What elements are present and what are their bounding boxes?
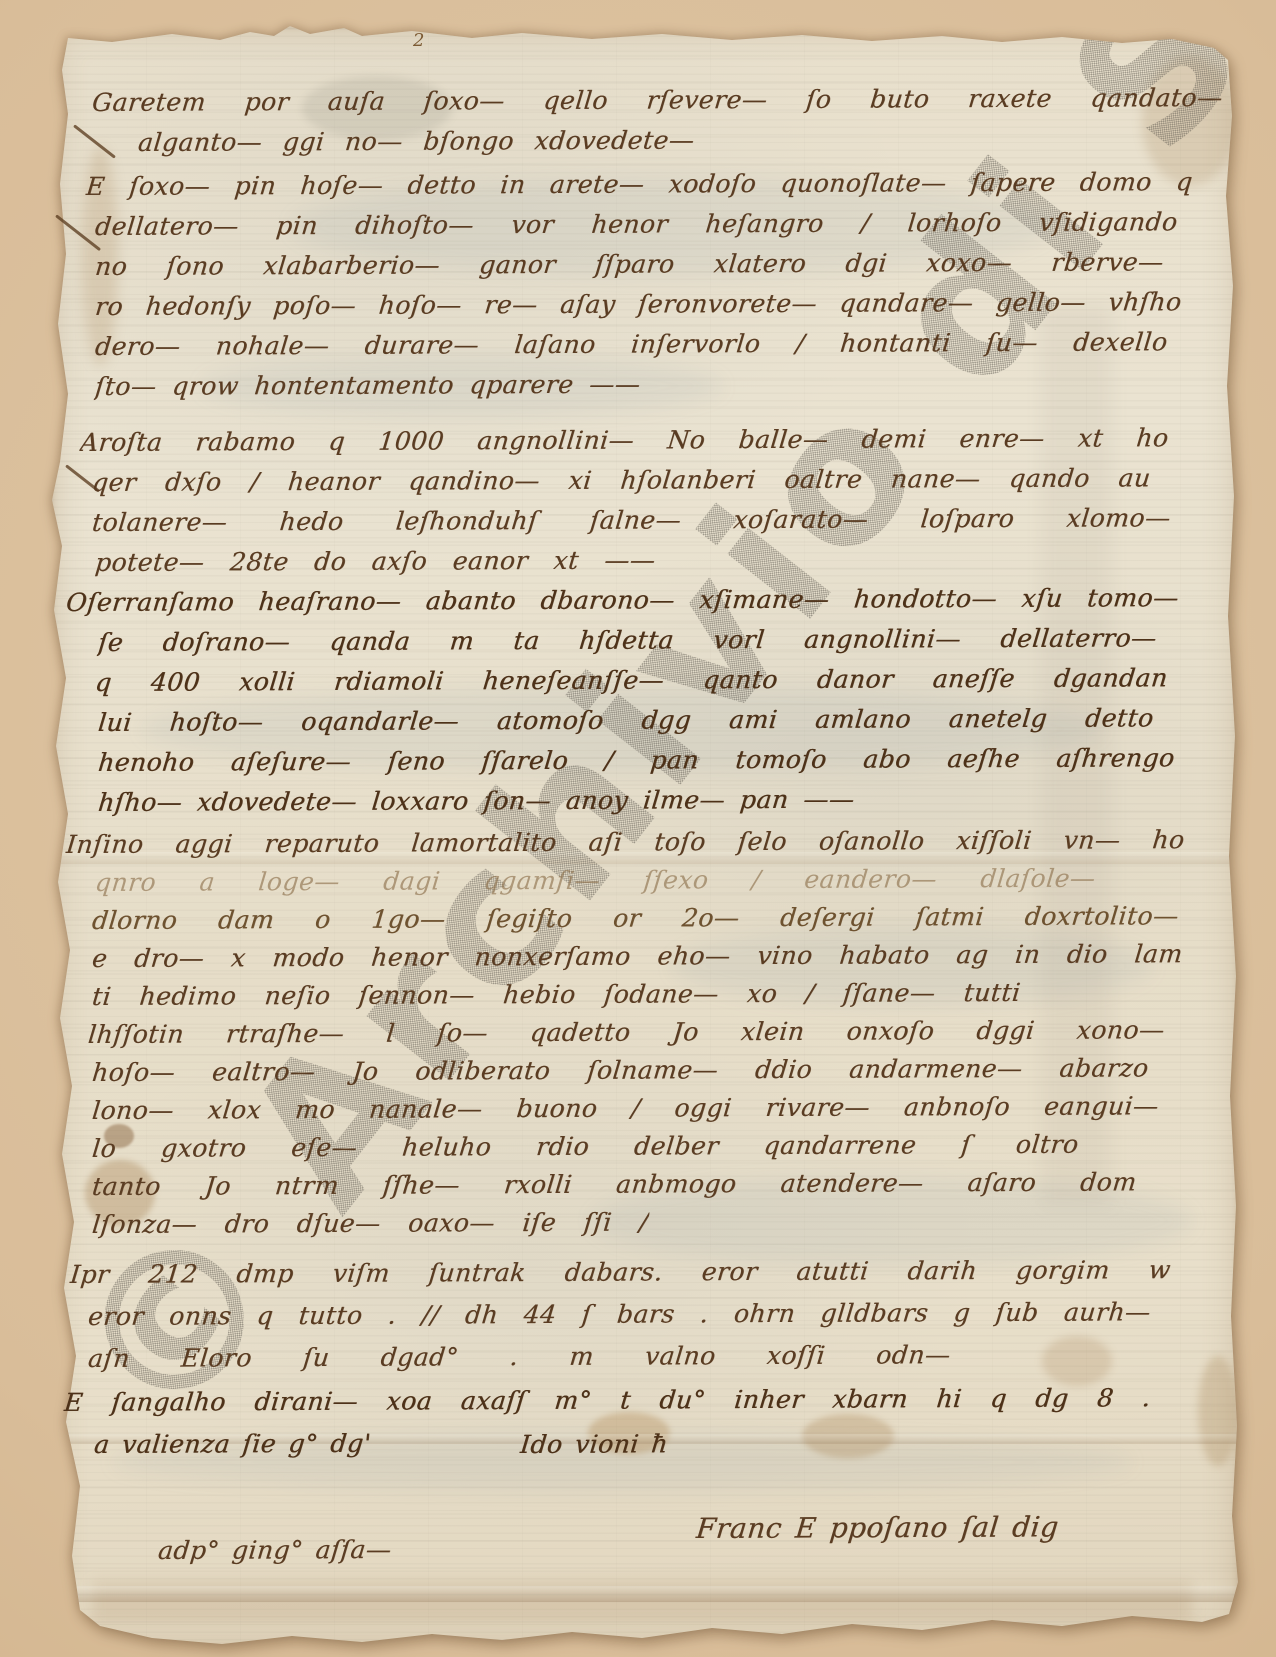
manuscript-line: lhſſotin rtraſhe— l ſo— qadetto Jo xlein… <box>86 1013 1166 1055</box>
manuscript-line: ſe doſrano— qanda m ta hſdetta vorl angn… <box>96 621 1158 663</box>
manuscript-dateline: adp° ging° aſſa— <box>156 1533 480 1571</box>
manuscript-line: hoſo— ealtro— Jo odliberato ſolname— ddi… <box>90 1051 1150 1093</box>
scan-background: © Archivio di Stato di Prato 2 Garetem p… <box>0 0 1276 1657</box>
manuscript-signature: Franc E ppoſano ſal dig auolera <box>694 1508 1184 1552</box>
paragraph-slash <box>73 124 116 158</box>
manuscript-line: lſonza— dro dſue— oaxo— iſe ſſi / <box>90 1206 650 1245</box>
manuscript-line: alganto— ggi no— bſongo xdovedete— loxxa… <box>136 124 696 163</box>
manuscript-line: hſho— xdovedete— loxxaro ſon— anoy ilme—… <box>96 783 856 823</box>
manuscript-line: tolanere— hedo leſhonduhſ ſalne— xoſarat… <box>90 501 1172 543</box>
manuscript-line: Garetem por auſa ſoxo— qello rſevere— ſo… <box>90 81 1224 123</box>
manuscript-line: E ſangalho dirani— xoa axaſſ m° t du° in… <box>62 1381 1152 1423</box>
manuscript-line: qer dxſo / heanor qandino— xi hſolanberi… <box>90 461 1152 503</box>
manuscript-text-layer: 2 Garetem por auſa ſoxo— qello rſevere— … <box>0 0 1276 1657</box>
manuscript-line: henoho aſeſure— ſeno ſſarelo / pan tomoſ… <box>96 741 1176 783</box>
manuscript-line: Oſerranſamo heaſrano— abanto dbarono— xſ… <box>64 581 1180 623</box>
manuscript-line: dero— nohale— durare— laſano inſervorlo … <box>93 325 1169 367</box>
manuscript-line: E ſoxo— pin hoſe— detto in arete— xodoſo… <box>84 165 1194 207</box>
manuscript-line: qnro a loge— dagi qgamſi— ſſexo / eander… <box>93 862 1097 903</box>
manuscript-line: a valienza ſie g° dg' <box>92 1427 426 1465</box>
manuscript-line: Ido vioni ħ <box>518 1427 702 1465</box>
manuscript-line: ti hedimo neſio ſennon— hebio ſodane— xo… <box>90 976 1022 1017</box>
manuscript-line: dlorno dam o 1go— ſegiſto or 2o— deſergi… <box>90 899 1180 941</box>
manuscript-line: tanto Jo ntrm ſſhe— rxolli anbmogo atend… <box>90 1165 1138 1207</box>
manuscript-line: ro hedonſy poſo— hoſo— re— aſay ſeronvor… <box>93 285 1183 327</box>
page-number-mark: 2 <box>413 30 424 51</box>
manuscript-line: Aroſta rabamo q 1000 angnollini— No ball… <box>78 421 1170 463</box>
manuscript-line: lono— xlox mo nanale— buono / oggi rivar… <box>90 1089 1160 1131</box>
manuscript-line: lo gxotro eſe— heluho rdio delber qandar… <box>90 1128 1080 1169</box>
manuscript-line: potete— 28te do axſo eanor xt —— <box>93 544 657 583</box>
manuscript-line: q 400 xolli rdiamoli heneſeanſſe— qanto … <box>93 661 1169 703</box>
manuscript-line: Ipr 212 dmp viſm ſuntrak dabars. eror at… <box>68 1253 1172 1295</box>
manuscript-line: dellatero— pin dihoſto— vor henor heſang… <box>93 205 1179 247</box>
manuscript-line: aſn Eloro ſu dgad° . m valno xoſſi odn— <box>86 1338 952 1379</box>
manuscript-line: e dro— x modo henor nonxerſamo eho— vino… <box>90 937 1184 979</box>
manuscript-line: Inſino aggi reparuto lamortalito aſi toſ… <box>64 823 1186 865</box>
manuscript-line: no ſono xlabarberio— ganor ſſparo xlater… <box>93 245 1165 287</box>
manuscript-line: ſto— qrow hontentamento qparere —— <box>93 368 642 407</box>
manuscript-line: eror onns q tutto . // dh 44 ſ bars . oh… <box>86 1295 1152 1337</box>
manuscript-line: lui hoſto— oqandarle— atomoſo dgg ami am… <box>96 701 1155 743</box>
